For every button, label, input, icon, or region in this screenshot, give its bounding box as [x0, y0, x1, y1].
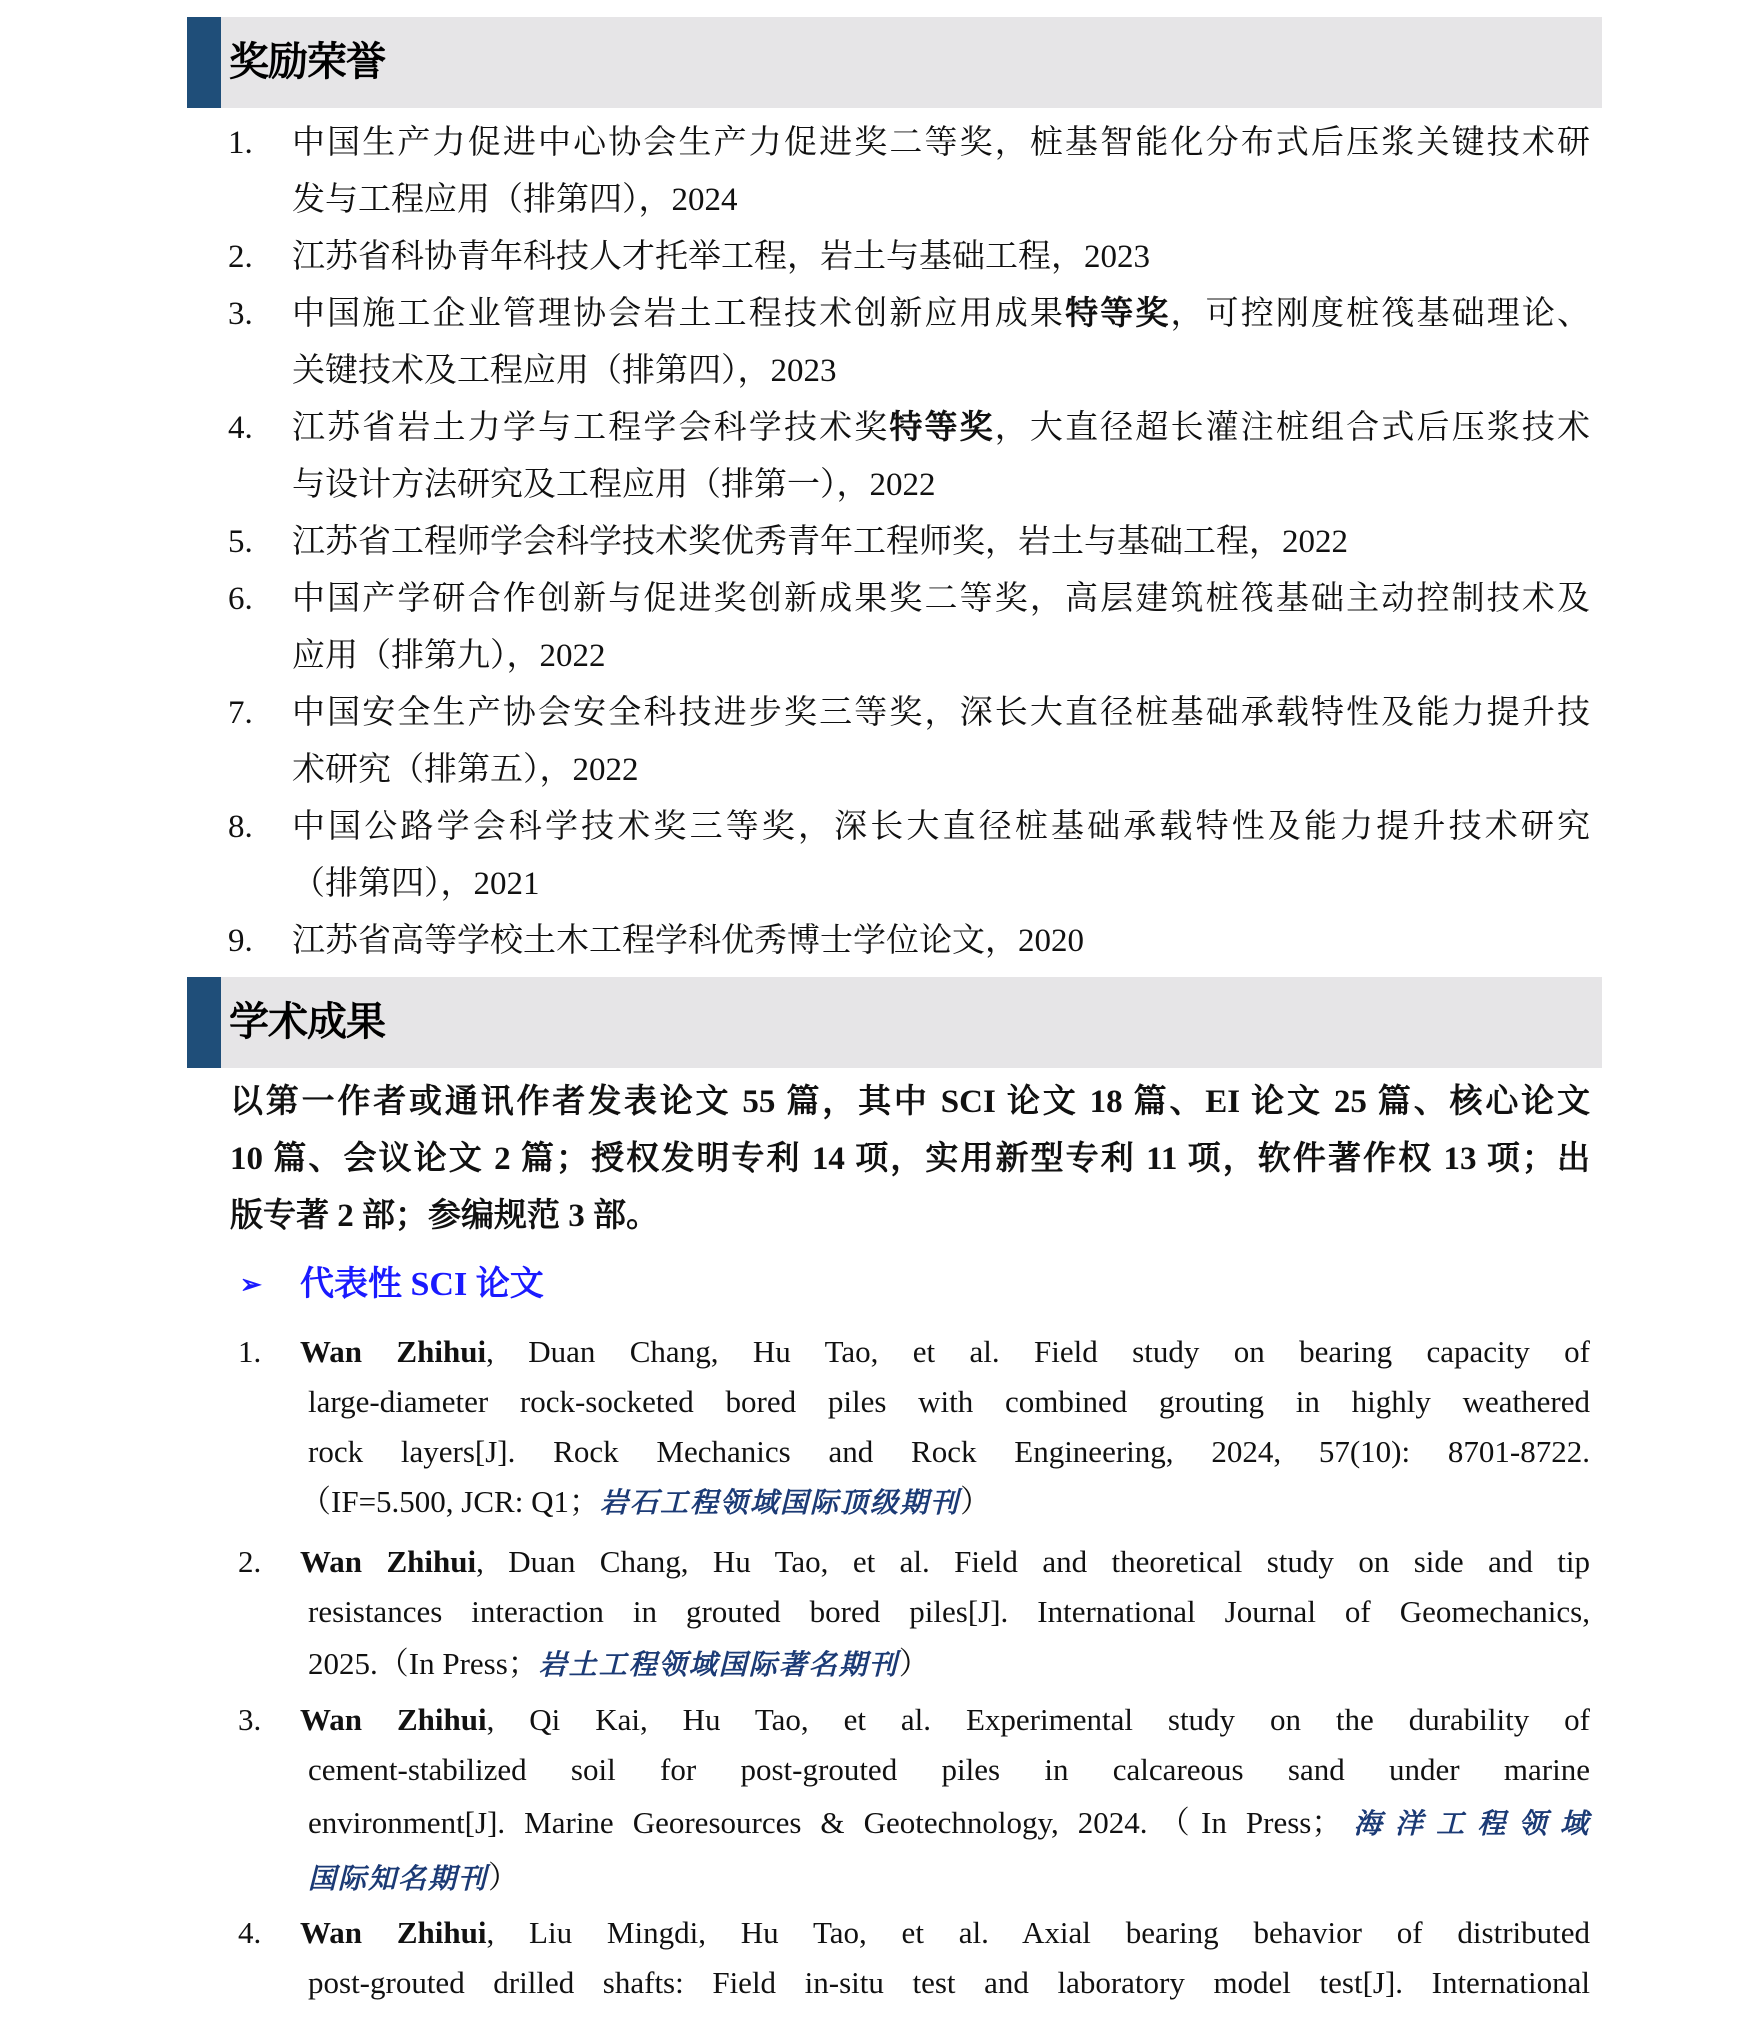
- section-header-academic: 学术成果: [187, 977, 1602, 1068]
- award-text: 江苏省岩土力学与工程学会科学技术奖: [292, 410, 889, 446]
- award-number: 6.: [228, 577, 253, 621]
- author-bold: Wan Zhihui: [300, 1544, 476, 1579]
- award-text: ，可控刚度桩筏基础理论、: [1170, 296, 1590, 332]
- subheading-representative-sci: ➢代表性 SCI 论文: [240, 1262, 544, 1308]
- paper-text: ）: [899, 1646, 930, 1681]
- award-item-1-line-2: 发与工程应用（排第四），2024: [292, 178, 1590, 222]
- award-grade-bold: 特等奖: [1065, 296, 1170, 332]
- header-accent-bar: [187, 977, 221, 1068]
- paper-1-line-1: Wan Zhihui, Duan Chang, Hu Tao, et al. F…: [300, 1330, 1590, 1374]
- award-item-7-line-1: 中国安全生产协会安全科技进步奖三等奖，深长大直径桩基础承载特性及能力提升技: [292, 691, 1590, 735]
- summary-line-3: 版专著 2 部；参编规范 3 部。: [230, 1194, 1590, 1238]
- paper-number: 2.: [238, 1540, 261, 1584]
- summary-line-2: 10 篇、会议论文 2 篇；授权发明专利 14 项，实用新型专利 11 项，软件…: [230, 1137, 1590, 1181]
- award-item-3-line-2: 关键技术及工程应用（排第四），2023: [292, 349, 1590, 393]
- award-number: 9.: [228, 919, 253, 963]
- award-item-4-line-2: 与设计方法研究及工程应用（排第一），2022: [292, 463, 1590, 507]
- award-item-8-line-2: （排第四），2021: [292, 862, 1590, 906]
- paper-number: 4.: [238, 1911, 261, 1955]
- award-number: 4.: [228, 406, 253, 450]
- author-bold: Wan Zhihui: [300, 1702, 487, 1737]
- paper-4-line-1: Wan Zhihui, Liu Mingdi, Hu Tao, et al. A…: [300, 1911, 1590, 1955]
- arrow-bullet-icon: ➢: [240, 1262, 300, 1308]
- paper-2-line-2: resistances interaction in grouted bored…: [308, 1590, 1590, 1634]
- paper-text: , Liu Mingdi, Hu Tao, et al. Axial beari…: [486, 1915, 1590, 1950]
- award-item-3-line-1: 中国施工企业管理协会岩土工程技术创新应用成果特等奖，可控刚度桩筏基础理论、: [292, 292, 1590, 336]
- award-text: 中国施工企业管理协会岩土工程技术创新应用成果: [292, 296, 1065, 332]
- author-bold: Wan Zhihui: [300, 1915, 486, 1950]
- paper-3-line-3: environment[J]. Marine Georesources & Ge…: [308, 1801, 1590, 1846]
- award-item-8-line-1: 中国公路学会科学技术奖三等奖，深长大直径桩基础承载特性及能力提升技术研究: [292, 805, 1590, 849]
- subheading-label: 代表性 SCI 论文: [300, 1266, 544, 1303]
- award-number: 3.: [228, 292, 253, 336]
- paper-text: environment[J]. Marine Georesources & Ge…: [308, 1805, 1342, 1840]
- paper-3-line-1: Wan Zhihui, Qi Kai, Hu Tao, et al. Exper…: [300, 1698, 1590, 1742]
- award-item-6-line-2: 应用（排第九），2022: [292, 634, 1590, 678]
- paper-text: , Duan Chang, Hu Tao, et al. Field and t…: [476, 1544, 1590, 1579]
- award-item-7-line-2: 术研究（排第五），2022: [292, 748, 1590, 792]
- summary-line-1: 以第一作者或通讯作者发表论文 55 篇，其中 SCI 论文 18 篇、EI 论文…: [230, 1080, 1590, 1124]
- award-item-6-line-1: 中国产学研合作创新与促进奖创新成果奖二等奖，高层建筑桩筏基础主动控制技术及: [292, 577, 1590, 621]
- award-number: 1.: [228, 121, 253, 165]
- paper-text: ）: [488, 1860, 519, 1895]
- award-item-9-line-1: 江苏省高等学校土木工程学科优秀博士学位论文，2020: [292, 919, 1590, 963]
- paper-1-line-3: rock layers[J]. Rock Mechanics and Rock …: [308, 1430, 1590, 1474]
- award-number: 8.: [228, 805, 253, 849]
- award-grade-bold: 特等奖: [889, 410, 994, 446]
- journal-note: 国际知名期刊: [308, 1862, 488, 1895]
- paper-text: 2025.（In Press；: [308, 1646, 539, 1681]
- paper-number: 3.: [238, 1698, 261, 1742]
- section-header-awards: 奖励荣誉: [187, 17, 1602, 108]
- award-text: ，大直径超长灌注桩组合式后压浆技术: [995, 410, 1590, 446]
- paper-3-line-4: 国际知名期刊）: [308, 1856, 1590, 1901]
- paper-number: 1.: [238, 1330, 261, 1374]
- journal-note: 岩土工程领域国际著名期刊: [539, 1648, 899, 1681]
- award-number: 2.: [228, 235, 253, 279]
- paper-2-line-3: 2025.（In Press；岩土工程领域国际著名期刊）: [308, 1642, 1590, 1687]
- header-accent-bar: [187, 17, 221, 108]
- paper-2-line-1: Wan Zhihui, Duan Chang, Hu Tao, et al. F…: [300, 1540, 1590, 1584]
- section-title-academic: 学术成果: [229, 977, 385, 1068]
- award-number: 5.: [228, 520, 253, 564]
- journal-note: 海洋工程领域: [1342, 1807, 1590, 1840]
- award-number: 7.: [228, 691, 253, 735]
- paper-text: ）: [960, 1484, 991, 1519]
- paper-1-line-4: （IF=5.500, JCR: Q1；岩石工程领域国际顶级期刊）: [300, 1480, 1582, 1525]
- journal-note: 岩石工程领域国际顶级期刊: [600, 1486, 960, 1519]
- award-item-4-line-1: 江苏省岩土力学与工程学会科学技术奖特等奖，大直径超长灌注桩组合式后压浆技术: [292, 406, 1590, 450]
- paper-3-line-2: cement-stabilized soil for post-grouted …: [308, 1748, 1590, 1792]
- paper-text: , Qi Kai, Hu Tao, et al. Experimental st…: [487, 1702, 1590, 1737]
- award-item-5-line-1: 江苏省工程师学会科学技术奖优秀青年工程师奖，岩土与基础工程，2022: [292, 520, 1590, 564]
- award-item-1-line-1: 中国生产力促进中心协会生产力促进奖二等奖，桩基智能化分布式后压浆关键技术研: [292, 121, 1590, 165]
- paper-text: , Duan Chang, Hu Tao, et al. Field study…: [486, 1334, 1590, 1369]
- award-item-2-line-1: 江苏省科协青年科技人才托举工程，岩土与基础工程，2023: [292, 235, 1590, 279]
- paper-text: （IF=5.500, JCR: Q1；: [300, 1484, 600, 1519]
- author-bold: Wan Zhihui: [300, 1334, 486, 1369]
- paper-1-line-2: large-diameter rock-socketed bored piles…: [308, 1380, 1590, 1424]
- section-title-awards: 奖励荣誉: [229, 17, 385, 108]
- paper-4-line-2: post-grouted drilled shafts: Field in-si…: [308, 1961, 1590, 2005]
